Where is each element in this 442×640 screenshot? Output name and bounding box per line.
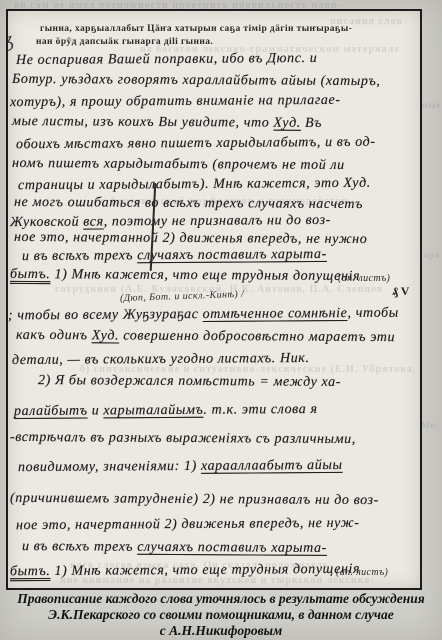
handwritten-text: и въ всѣхъ трехъ	[22, 539, 137, 555]
caption-line: Э.К.Пекарского со своими помощниками, в …	[0, 607, 442, 623]
manuscript-line: бытъ. 1) Мнѣ кажется, что еще трудныя до…	[10, 266, 360, 286]
manuscript-line: ное это, начертанной 2) движенья впередъ…	[16, 515, 360, 535]
handwritten-text: , поэтому не признавалъ ни до воз-	[104, 213, 331, 230]
handwritten-text: ное это, начертанной 2) движенья впередъ…	[16, 516, 360, 533]
scanned-page: он сам не имел возможности проверить пра…	[0, 0, 442, 640]
handwritten-text: и	[88, 403, 104, 418]
handwritten-text: . т.к. эти слова я	[203, 402, 317, 418]
facsimile-content: гынна, харҕыаллабыт Цӓҥа хатырын саҕа ті…	[8, 11, 416, 584]
manuscript-line: обоихъ мѣстахъ явно пишетъ харыдылабытъ,…	[16, 134, 376, 155]
handwritten-text: , чтобы	[347, 306, 398, 321]
underlined-word: Худ.	[273, 116, 301, 131]
manuscript-line: Не оспаривая Вашей поправки, ибо въ Дюпс…	[16, 50, 317, 70]
caption-line: с А.Н.Никифоровым	[0, 623, 442, 639]
bleedthrough-fragment: Мо-	[421, 420, 440, 430]
manuscript-line: ралайбытъ и харыталайымъ. т.к. эти слова…	[14, 401, 318, 421]
handwritten-text: хотуръ), я прошу обратить вниманіе на пр…	[10, 93, 341, 110]
underlined-word: бытъ.	[10, 267, 50, 282]
manuscript-line: какъ одинъ Худ. совершенно добросовѣстно…	[16, 327, 395, 347]
bleedthrough-fragment: про	[423, 250, 441, 260]
manuscript-line: и въ всѣхъ трехъ случаяхъ поставилъ хары…	[22, 246, 327, 266]
manuscript-line: Ботур. уѣздахъ говорятъ хараллайбытъ айы…	[12, 71, 381, 91]
handwritten-text: (причинившемъ затрудненіе) 2) не признав…	[10, 491, 379, 508]
printed-header-line: нан ӧрӱд дапсыӓк гынарга діli гынна.	[36, 37, 213, 47]
margin-flourish-mark: ʒ	[8, 28, 16, 53]
manuscript-line: детали, — въ сколькихъ угодно листахъ. Н…	[12, 350, 310, 370]
handwritten-text: Жуковской	[10, 215, 83, 231]
manuscript-line: 2) Я бы воздержался помѣстить = между ха…	[38, 372, 341, 392]
handwritten-text: детали, — въ сколькихъ угодно листахъ. Н…	[12, 351, 310, 368]
handwritten-text: -встрѣчалъ въ разныхъ выраженіяхъ съ раз…	[10, 430, 356, 447]
bleedthrough-fragment: он сам не имел возможности проверить пра…	[14, 0, 342, 11]
bleedthrough-fragment: ные	[422, 100, 441, 110]
manuscript-line: повидимому, значеніями: 1) харааллаабытъ…	[18, 457, 343, 477]
underlined-word: отмѣченное сомнѣніе	[203, 306, 348, 322]
handwritten-text: мые листы, изъ коихъ Вы увидите, что	[12, 114, 274, 131]
handwritten-text: 1) Мнѣ кажется, что еще трудныя допущені…	[50, 267, 360, 284]
manuscript-line: и въ всѣхъ трехъ случаяхъ поставилъ хары…	[22, 538, 327, 558]
manuscript-line: бытъ. 1) Мнѣ кажется, что еще трудныя до…	[10, 561, 360, 581]
handwritten-text: номъ пишетъ харыдытабытъ (впрочемъ не то…	[12, 156, 345, 173]
handwritten-text: страницы и харыдылабытъ). Мнѣ кажется, э…	[18, 176, 371, 193]
underlined-word: ралайбытъ	[14, 404, 88, 420]
manuscript-line: хотуръ), я прошу обратить вниманіе на пр…	[10, 92, 341, 112]
handwritten-text: Не оспаривая Вашей поправки, ибо въ Дюпс…	[16, 51, 317, 68]
handwritten-text: 2) Я бы воздержался помѣстить = между ха…	[38, 373, 341, 390]
reference-mark: ₰ V	[392, 284, 409, 299]
handwritten-text: ; чтобы во всему Жуҕзураҕас	[8, 307, 203, 323]
handwritten-text: повидимому, значеніями: 1)	[18, 459, 201, 475]
underlined-word: бытъ.	[10, 564, 51, 579]
handwritten-text: какъ одинъ	[16, 328, 92, 343]
handwritten-text: обоихъ мѣстахъ явно пишетъ харыдылабытъ,…	[16, 135, 376, 153]
caption-line: Правописание каждого слова уточнялось в …	[0, 591, 442, 607]
underlined-word: случаяхъ поставилъ харыта-	[137, 247, 327, 263]
underlined-word: харыталайымъ	[103, 403, 203, 419]
manuscript-line: страницы и харыдылабытъ). Мнѣ кажется, э…	[18, 175, 371, 195]
underlined-word: харааллаабытъ айыы	[201, 458, 343, 474]
manuscript-line: (причинившемъ затрудненіе) 2) не признав…	[10, 490, 379, 510]
marginal-note: (ап. листъ)	[338, 273, 390, 284]
handwritten-text: ное это, начертанной 2) движенья впередъ…	[14, 230, 367, 247]
underlined-word: Худ.	[92, 328, 120, 343]
handwritten-text: и въ всѣхъ трехъ	[22, 248, 137, 264]
manuscript-line: номъ пишетъ харыдытабытъ (впрочемъ не то…	[12, 155, 345, 175]
handwritten-text: не могъ ошибаться во всѣхъ трехъ случаях…	[14, 195, 363, 212]
caption: Правописание каждого слова уточнялось в …	[0, 591, 442, 639]
printed-header-line: гынна, харҕыаллабыт Цӓҥа хатырын саҕа ті…	[40, 24, 352, 34]
interlinear-note: (Дюп, Бот. и искл.-Кинѣ) /	[120, 289, 245, 304]
handwritten-text: Въ	[301, 116, 322, 131]
underlined-word: вся	[83, 214, 104, 229]
manuscript-line: ; чтобы во всему Жуҕзураҕас отмѣченное с…	[8, 305, 399, 326]
manuscript-line: мые листы, изъ коихъ Вы увидите, что Худ…	[12, 113, 322, 133]
underlined-word: случаяхъ поставилъ харыта-	[137, 540, 327, 556]
handwritten-text: совершенно добросовѣстно мараетъ эти	[119, 328, 395, 345]
manuscript-line: -встрѣчалъ въ разныхъ выраженіяхъ съ раз…	[10, 429, 356, 449]
handwritten-text: 1) Мнѣ кажется, что еще трудныя допущені…	[50, 562, 360, 579]
marginal-note: (ап. листъ)	[336, 567, 388, 578]
handwritten-text: Ботур. уѣздахъ говорятъ хараллайбытъ айы…	[12, 72, 381, 89]
